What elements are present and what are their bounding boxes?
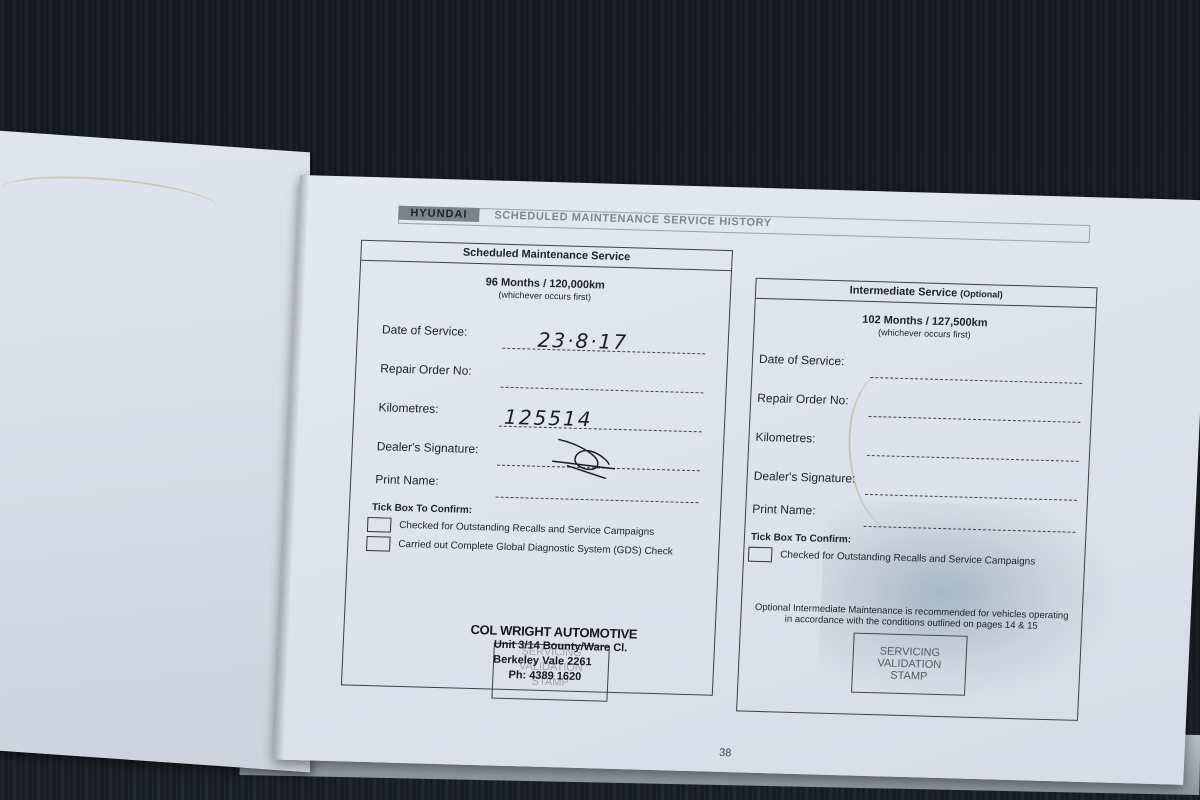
field-label: Print Name:	[375, 472, 439, 488]
field-label: Print Name:	[752, 502, 816, 518]
validation-stamp-box: SERVICING VALIDATION STAMP	[851, 633, 968, 696]
form-title: Intermediate Service (Optional)	[756, 279, 1097, 308]
dealer-stamp: COL WRIGHT AUTOMOTIVE Unit 3/14 Bounty/W…	[468, 622, 641, 687]
field-label: Kilometres:	[755, 430, 816, 446]
field-label: Repair Order No:	[757, 391, 849, 408]
intermediate-note: Optional Intermediate Maintenance is rec…	[751, 602, 1072, 633]
field-label: Kilometres:	[378, 400, 439, 416]
form-title: Scheduled Maintenance Service	[361, 241, 732, 271]
field-label: Dealer's Signature:	[376, 439, 478, 456]
field-line	[870, 377, 1082, 384]
recalls-checkbox[interactable]	[748, 547, 773, 563]
water-stain	[0, 171, 220, 228]
gds-checkbox[interactable]	[366, 536, 391, 552]
page-number: 38	[719, 747, 732, 759]
recalls-checkbox[interactable]	[367, 517, 392, 533]
intermediate-service-form: Intermediate Service (Optional) 102 Mont…	[736, 278, 1098, 721]
page-header: HYUNDAI SCHEDULED MAINTENANCE SERVICE HI…	[398, 206, 1091, 243]
field-label: Dealer's Signature:	[753, 469, 855, 486]
field-line	[867, 455, 1079, 462]
form-title-text: Intermediate Service	[849, 284, 957, 299]
brand-label: HYUNDAI	[398, 206, 480, 222]
right-page: HYUNDAI SCHEDULED MAINTENANCE SERVICE HI…	[273, 175, 1200, 785]
field-line	[865, 494, 1077, 501]
check-label: Checked for Outstanding Recalls and Serv…	[780, 550, 1036, 568]
signature-mark	[547, 435, 619, 479]
field-label: Date of Service:	[382, 322, 468, 338]
field-label: Date of Service:	[759, 352, 845, 368]
check-label: Checked for Outstanding Recalls and Serv…	[399, 520, 655, 538]
kilometres-value: 125514	[504, 405, 593, 431]
left-page	[0, 130, 310, 772]
section-title: SCHEDULED MAINTENANCE SERVICE HISTORY	[494, 209, 772, 229]
field-line	[496, 497, 699, 504]
stamp-line: STAMP	[853, 669, 966, 684]
date-of-service-value: 23·8·17	[537, 328, 628, 355]
field-line	[501, 387, 704, 394]
field-line	[869, 416, 1081, 423]
field-label: Repair Order No:	[380, 361, 472, 378]
scheduled-service-form: Scheduled Maintenance Service 96 Months …	[341, 240, 733, 696]
optional-label: (Optional)	[960, 288, 1003, 299]
field-line	[864, 526, 1076, 533]
check-label: Carried out Complete Global Diagnostic S…	[398, 539, 673, 558]
